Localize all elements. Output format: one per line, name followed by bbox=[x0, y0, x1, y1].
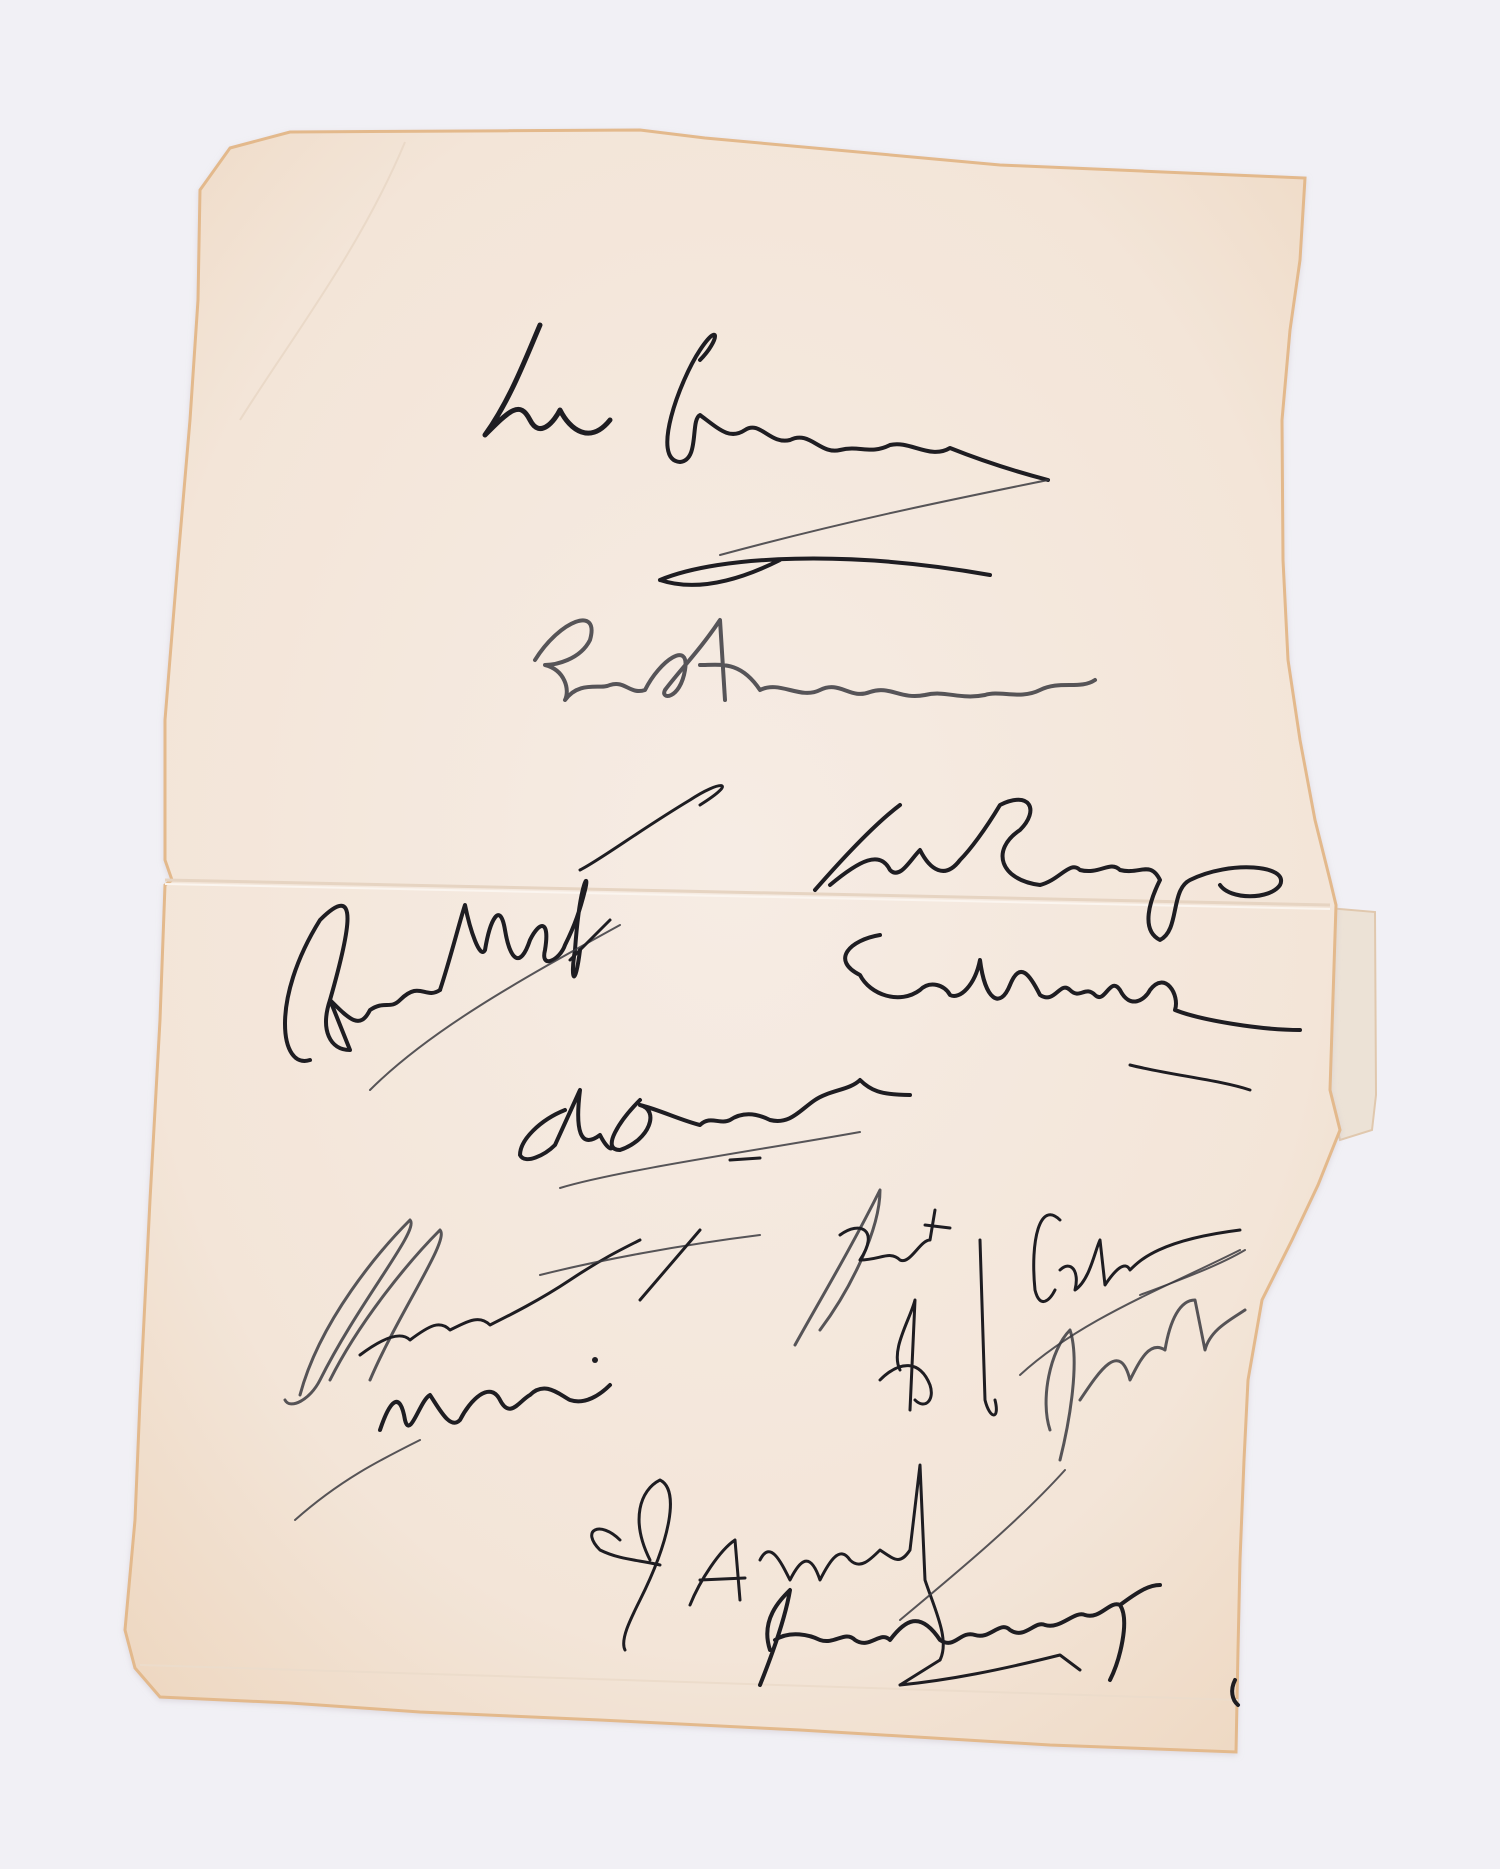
photo-stage: Don Bradman Ron A Hamence Ross Morgan Ph… bbox=[0, 0, 1500, 1869]
autograph-sheet bbox=[0, 0, 1500, 1869]
